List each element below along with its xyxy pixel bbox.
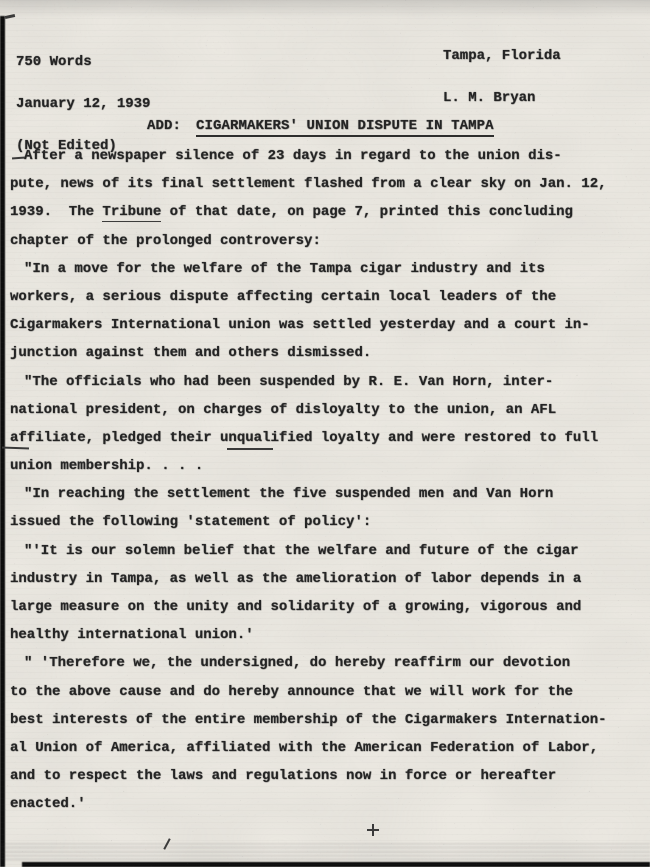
scan-artifact-cross-mark [367, 829, 379, 831]
text-segment: large measure on the unity and solidarit… [10, 599, 581, 615]
document-line: affiliate, pledged their unqualified loy… [10, 424, 640, 452]
document-line: Cigarmakers International union was sett… [10, 311, 640, 339]
scan-artifact-pencil-dash [5, 14, 15, 19]
document-line: After a newspaper silence of 23 days in … [10, 142, 640, 170]
document-line: "In a move for the welfare of the Tampa … [10, 255, 640, 283]
text-segment: best interests of the entire membership … [10, 712, 607, 728]
text-segment: workers, a serious dispute affecting cer… [10, 289, 556, 305]
document-line: "'It is our solemn belief that the welfa… [10, 537, 640, 565]
text-segment: chapter of the prolonged controversy: [10, 233, 321, 249]
document-line: enacted.' [10, 790, 640, 818]
text-segment: national president, on charges of disloy… [10, 402, 556, 418]
document-line: chapter of the prolonged controversy: [10, 227, 640, 255]
text-segment: of that date, on page 7, printed this co… [161, 204, 573, 220]
title-text: CIGARMAKERS' UNION DISPUTE IN TAMPA [196, 118, 494, 137]
scan-artifact-bottom-edge [22, 862, 650, 867]
title-prefix: ADD: [147, 118, 181, 134]
text-segment: al Union of America, affiliated with the… [10, 740, 598, 756]
text-segment: union membership. . . . [10, 458, 203, 474]
text-segment: " 'Therefore we, the undersigned, do her… [24, 655, 570, 671]
document-line: to the above cause and do hereby announc… [10, 678, 640, 706]
document-line: "The officials who had been suspended by… [10, 368, 640, 396]
text-segment: After a newspaper silence of 23 days in … [24, 148, 562, 164]
text-segment: issued the following 'statement of polic… [10, 514, 371, 530]
document-body: After a newspaper silence of 23 days in … [10, 142, 640, 819]
document-line: "In reaching the settlement the five sus… [10, 480, 640, 508]
scan-artifact-underscore-mark [2, 447, 29, 450]
underlined-text: Tribune [102, 204, 161, 222]
document-line: al Union of America, affiliated with the… [10, 734, 640, 762]
document-line: best interests of the entire membership … [10, 706, 640, 734]
document-line: issued the following 'statement of polic… [10, 508, 640, 536]
document-line: union membership. . . . [10, 452, 640, 480]
scanned-document-page: 750 Words January 12, 1939 (Not Edited) … [0, 0, 650, 867]
document-line: and to respect the laws and regulations … [10, 762, 640, 790]
document-line: national president, on charges of disloy… [10, 396, 640, 424]
byline-location: Tampa, Florida [443, 49, 561, 63]
text-segment: and to respect the laws and regulations … [10, 768, 556, 784]
document-line: healthy international union.' [10, 621, 640, 649]
text-segment: junction against them and others dismiss… [10, 345, 371, 361]
text-segment: "The officials who had been suspended by… [24, 374, 553, 390]
scan-artifact-left-edge [0, 16, 5, 867]
text-segment: 1939. The [10, 204, 102, 220]
document-line: workers, a serious dispute affecting cer… [10, 283, 640, 311]
document-line: junction against them and others dismiss… [10, 339, 640, 367]
text-segment: industry in Tampa, as well as the amelio… [10, 571, 581, 587]
document-line: industry in Tampa, as well as the amelio… [10, 565, 640, 593]
text-segment: enacted.' [10, 796, 86, 812]
document-line: 1939. The Tribune of that date, on page … [10, 198, 640, 226]
word-count: 750 Words [16, 55, 150, 69]
scan-artifact-underline-mark [227, 448, 273, 450]
document-line: pute, news of its final settlement flash… [10, 170, 640, 198]
text-segment: "In a move for the welfare of the Tampa … [24, 261, 545, 277]
text-segment: pute, news of its final settlement flash… [10, 176, 607, 192]
scan-artifact-top-band [0, 0, 650, 18]
text-segment: affiliate, pledged their unqualified loy… [10, 430, 598, 446]
text-segment: "In reaching the settlement the five sus… [24, 486, 553, 502]
text-segment: Cigarmakers International union was sett… [10, 317, 590, 333]
text-segment: healthy international union.' [10, 627, 254, 643]
document-line: large measure on the unity and solidarit… [10, 593, 640, 621]
document-line: " 'Therefore we, the undersigned, do her… [10, 649, 640, 677]
scan-artifact-bottom-smudge [0, 843, 650, 861]
text-segment: "'It is our solemn belief that the welfa… [24, 543, 579, 559]
text-segment: to the above cause and do hereby announc… [10, 684, 573, 700]
